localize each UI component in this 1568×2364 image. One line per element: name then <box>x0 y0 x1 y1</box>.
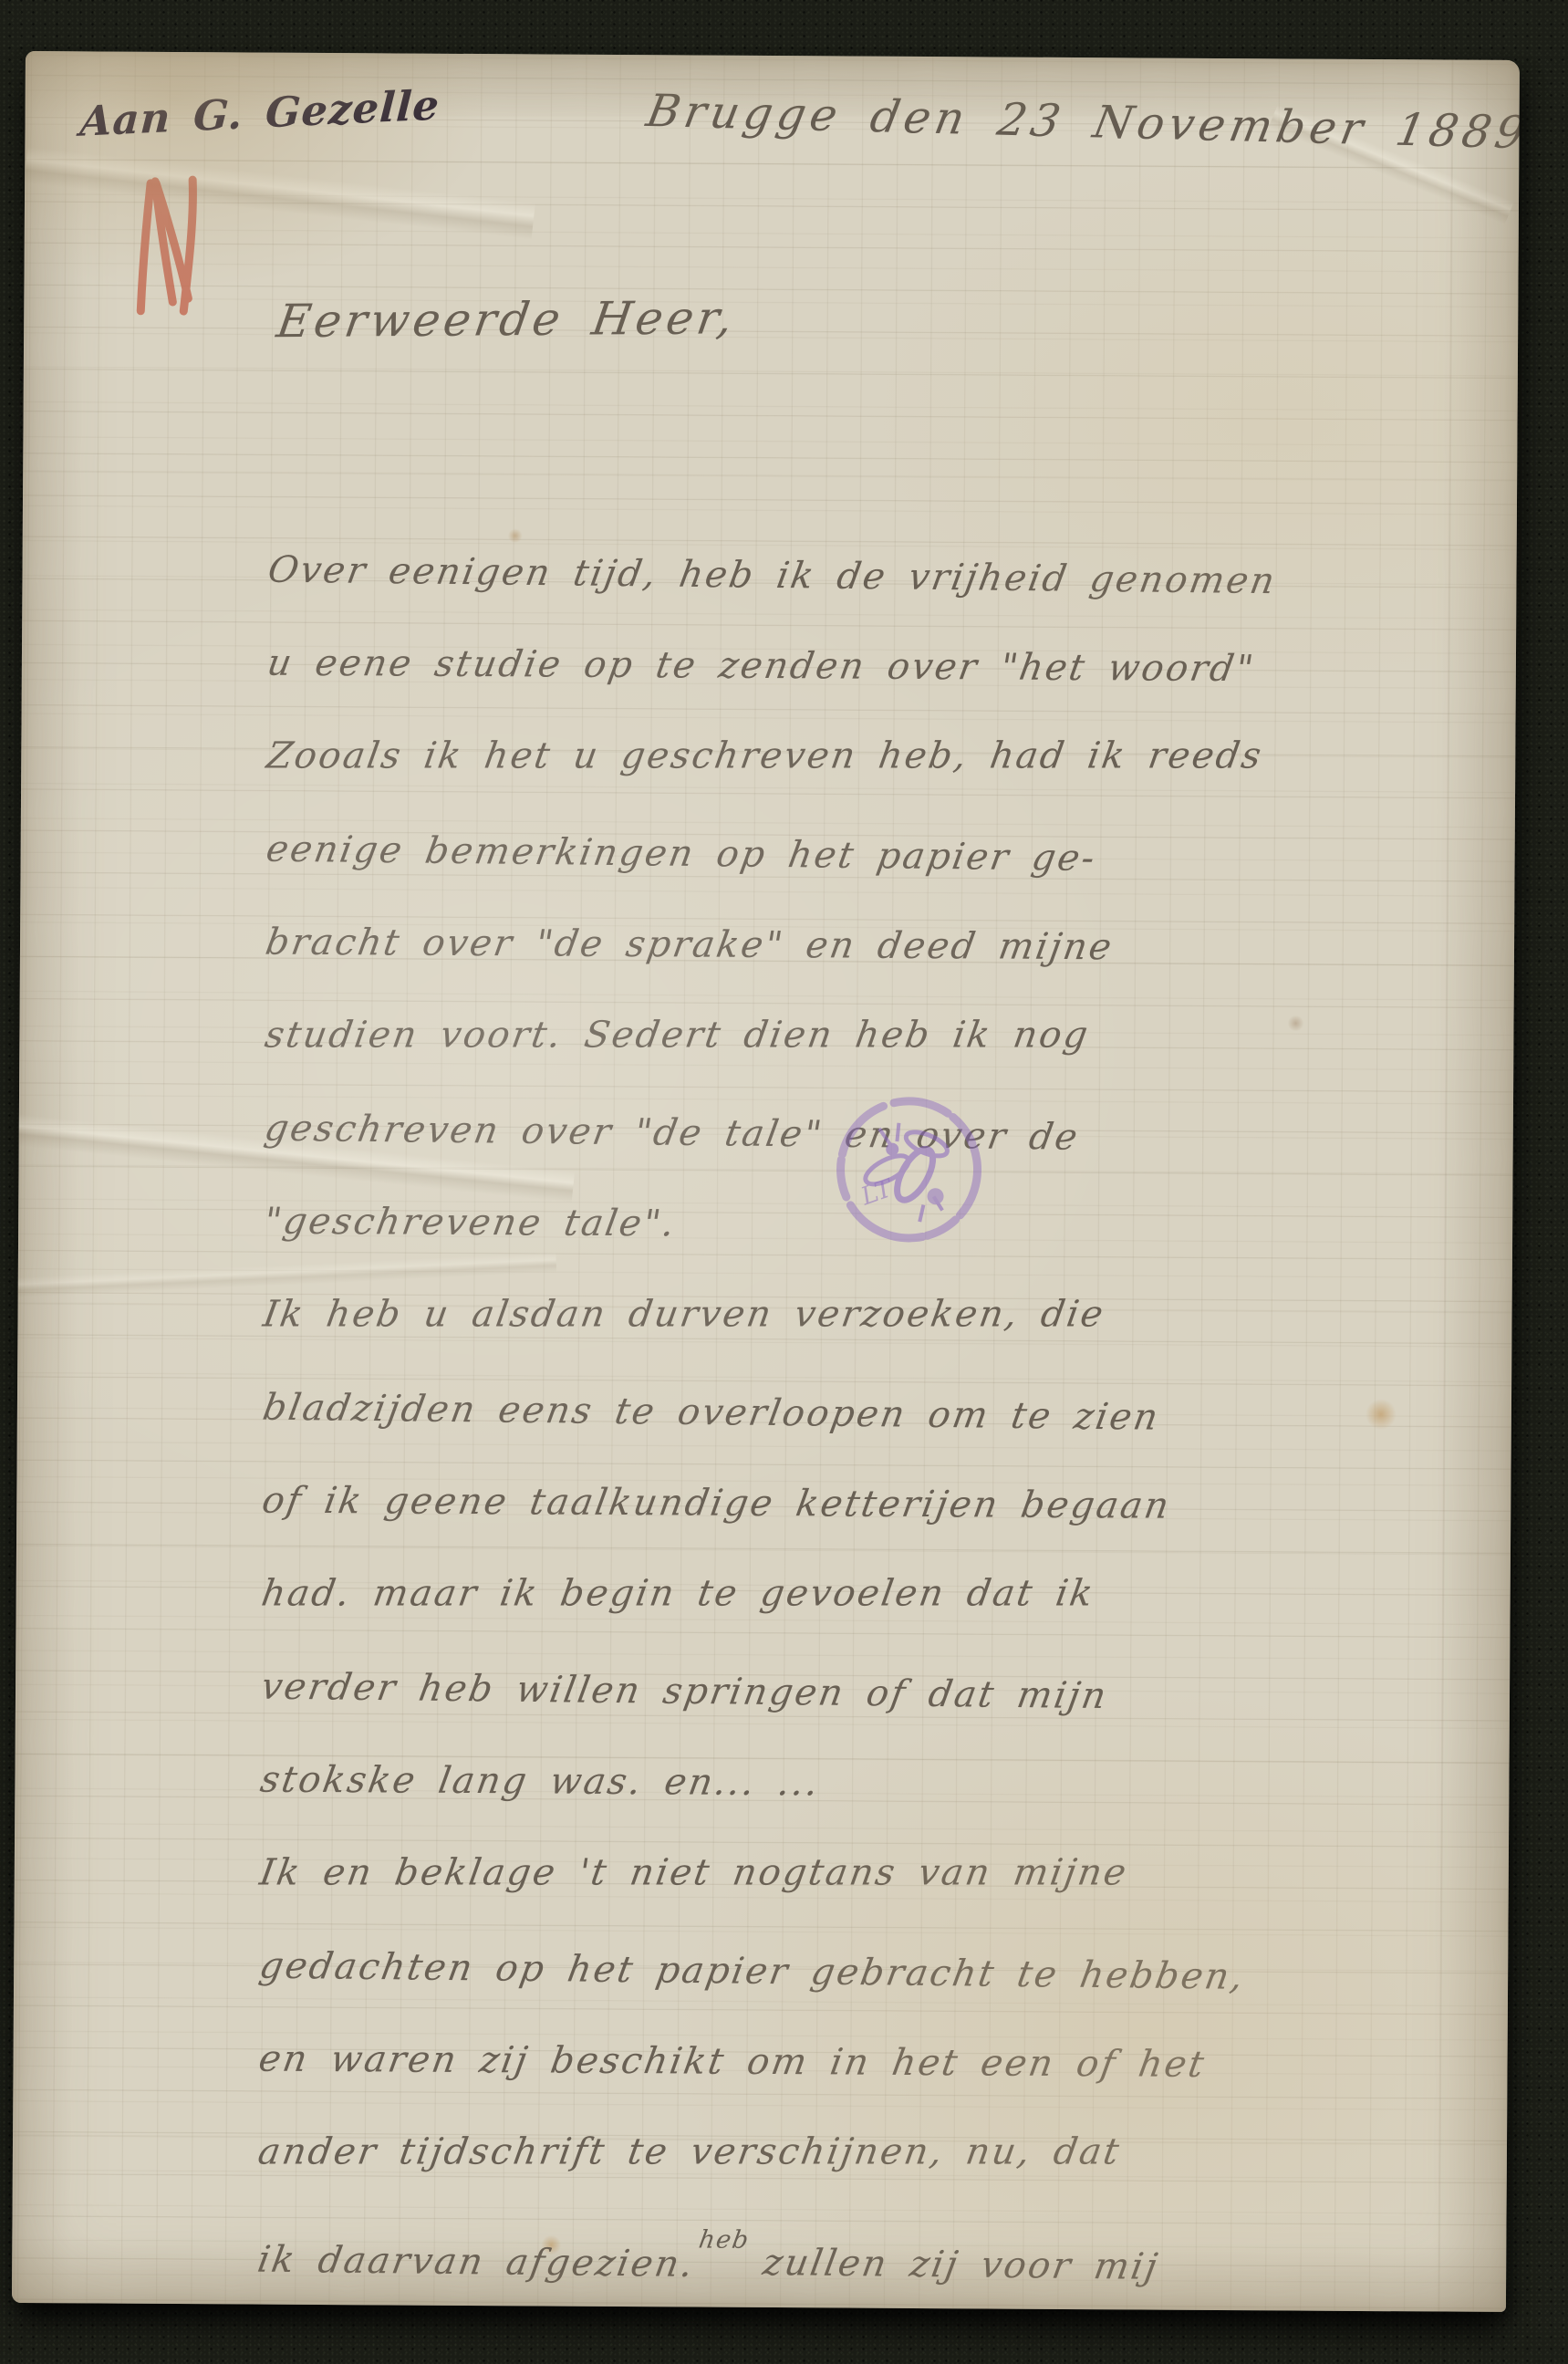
letter-line-text: Zooals ik het u geschreven heb, had ik r… <box>264 735 1266 777</box>
library-stamp: LT <box>821 1082 996 1257</box>
letter-line: ander tijdschrift te verschijnen, nu, da… <box>255 2089 1520 2191</box>
letter-body: Over eenigen tijd, heb ik de vrijheid ge… <box>254 507 1520 2297</box>
letter-line: en waren zij beschikt om in het een of h… <box>255 1996 1520 2098</box>
letter-line-text: "geschrevene tale". <box>261 1201 680 1245</box>
letter-line: of ik geene taalkundige ketterijen begaa… <box>259 1438 1520 1539</box>
letter-line-text: studien voort. Sedert dien heb ik nog <box>262 1015 1093 1057</box>
letter-line: Ik en beklage 't niet nogtans van mijne <box>257 1810 1520 1911</box>
letter-line: u eene studie op te zenden over "het woo… <box>265 600 1520 702</box>
letter-line-text: zullen zij voor mij <box>760 2242 1162 2288</box>
letter-line: bladzijden eens te overloopen om te zien <box>260 1345 1520 1446</box>
letter-line-text: of ik geene taalkundige ketterijen begaa… <box>259 1480 1174 1527</box>
letter-line: gedachten op het papier gebracht te hebb… <box>256 1903 1520 2005</box>
letter-line: stokske lang was. en... ... <box>257 1717 1520 1818</box>
letter-line-text: u eene studie op te zenden over "het woo… <box>265 642 1259 691</box>
letter-line-text: eenige bemerkingen op het papier ge- <box>264 828 1100 880</box>
letter-line: studien voort. Sedert dien heb ik nog <box>262 973 1520 1074</box>
addressee-annotation: Aan G. Gezelle <box>78 80 441 145</box>
letter-line-text: en waren zij beschikt om in het een of h… <box>255 2038 1209 2086</box>
letter-line-text: heb <box>697 2226 752 2255</box>
letter-line: Zooals ik het u geschreven heb, had ik r… <box>264 693 1520 795</box>
letter-line-text: bladzijden eens te overloopen om te zien <box>260 1387 1163 1439</box>
scan-background: Aan G. Gezelle Brugge den 23 November 18… <box>0 0 1568 2364</box>
letter-line-text: ik daarvan afgezien. <box>254 2239 698 2286</box>
letter-line-text: gedachten op het papier gebracht te hebb… <box>256 1945 1249 1998</box>
letter-line-text: Ik en beklage 't niet nogtans van mijne <box>257 1852 1131 1894</box>
letter-line: Over eenigen tijd, heb ik de vrijheid ge… <box>265 507 1520 609</box>
letter-line: verder heb willen springen of dat mijn <box>258 1624 1520 1725</box>
letter-line: ik daarvan afgezien.hebzullen zij voor m… <box>254 2197 1520 2298</box>
letter-line: bracht over "de sprake" en deed mijne <box>263 880 1520 981</box>
letter-line-text: had. maar ik begin te gevoelen dat ik <box>259 1573 1098 1615</box>
red-crayon-n-mark <box>131 172 227 327</box>
letter-line-text: Over eenigen tijd, heb ik de vrijheid ge… <box>265 549 1280 602</box>
letter-line: had. maar ik begin te gevoelen dat ik <box>258 1531 1519 1632</box>
bee-stamp-icon <box>857 1118 957 1226</box>
letter-line-text: ander tijdschrift te verschijnen, nu, da… <box>255 2131 1124 2173</box>
letter-page: Aan G. Gezelle Brugge den 23 November 18… <box>12 51 1520 2312</box>
salutation: Eerweerde Heer, <box>274 291 740 348</box>
letter-line: eenige bemerkingen op het papier ge- <box>263 786 1520 888</box>
letter-line-text: bracht over "de sprake" en deed mijne <box>263 922 1116 969</box>
letter-line: Ik heb u alsdan durven verzoeken, die <box>260 1252 1520 1353</box>
letter-line-text: verder heb willen springen of dat mijn <box>258 1666 1111 1717</box>
place-date-line: Brugge den 23 November 1889 <box>642 85 1520 159</box>
letter-line-text: stokske lang was. en... ... <box>257 1759 823 1805</box>
letter-line-text: Ik heb u alsdan durven verzoeken, die <box>260 1294 1107 1336</box>
